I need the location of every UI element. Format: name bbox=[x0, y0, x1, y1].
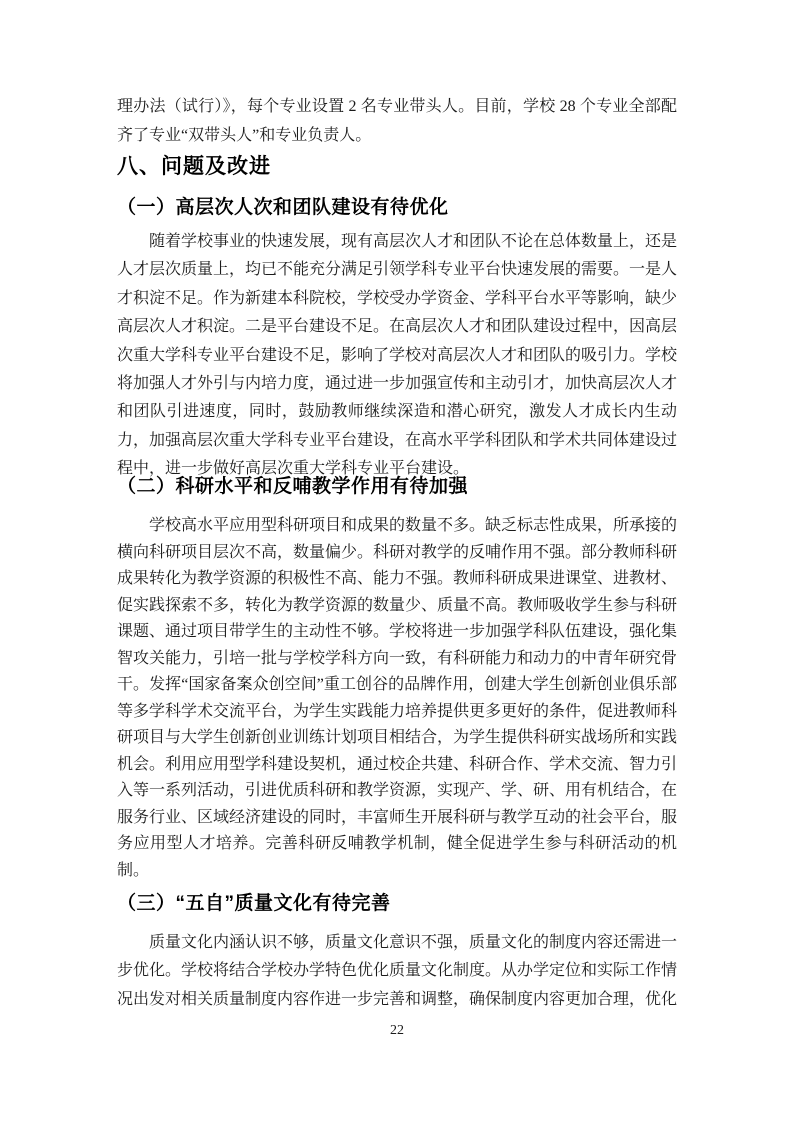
section-1-body: 随着学校事业的快速发展，现有高层次人才和团队不论在总体数量上，还是人才层次质量上… bbox=[117, 228, 677, 484]
chapter-heading: 八、问题及改进 bbox=[117, 153, 677, 181]
section-2-body: 学校高水平应用型科研项目和成果的数量不多。缺乏标志性成果，所承接的横向科研项目层… bbox=[117, 513, 677, 884]
page-number: 22 bbox=[0, 1022, 794, 1040]
section-3-heading: （三）“五自”质量文化有待完善 bbox=[117, 891, 677, 917]
section-3-body: 质量文化内涵认识不够，质量文化意识不强，质量文化的制度内容还需进一步优化。学校将… bbox=[117, 929, 677, 1014]
section-2-heading: （二）科研水平和反哺教学作用有待加强 bbox=[117, 474, 677, 500]
section-1-heading: （一）高层次人次和团队建设有待优化 bbox=[117, 195, 677, 221]
document-page: 理办法（试行）》，每个专业设置 2 名专业带头人。目前，学校 28 个专业全部配… bbox=[0, 0, 794, 1122]
continuation-paragraph: 理办法（试行）》，每个专业设置 2 名专业带头人。目前，学校 28 个专业全部配… bbox=[117, 92, 677, 150]
